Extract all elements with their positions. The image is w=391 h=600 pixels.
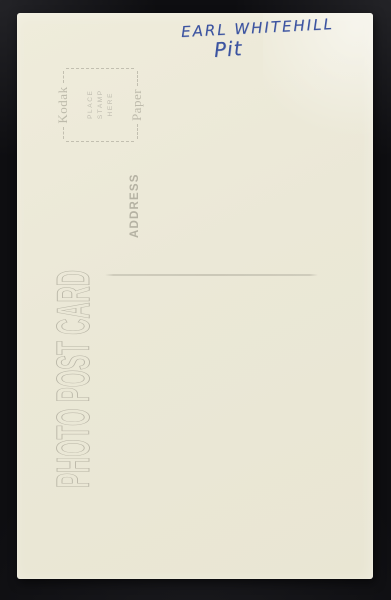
address-label: ADDRESS — [129, 176, 141, 238]
stamp-instruction-line: STAMP — [96, 89, 105, 121]
photo-postcard-back: EARL WHITEHILL Pit Kodak Paper PLACE — [17, 13, 373, 579]
stamp-box: Kodak Paper PLACE STAMP HERE — [63, 68, 137, 142]
address-divider-line — [105, 274, 318, 276]
photo-post-card-text: PHOTO POST CARD — [47, 270, 99, 488]
black-backdrop: EARL WHITEHILL Pit Kodak Paper PLACE — [0, 0, 391, 600]
stamp-instruction-line: PLACE — [86, 90, 95, 121]
stamp-box-frame: Kodak Paper PLACE STAMP HERE — [63, 68, 137, 142]
handwriting-player-name: EARL WHITEHILL — [181, 15, 335, 41]
photo-post-card-lettering: PHOTO POST CARD — [45, 260, 95, 496]
place-stamp-here-text: PLACE STAMP HERE — [63, 68, 137, 142]
handwriting-team-abbreviation: Pit — [213, 36, 243, 62]
stamp-instruction-line: HERE — [106, 92, 115, 118]
paper-highlight — [263, 13, 373, 173]
